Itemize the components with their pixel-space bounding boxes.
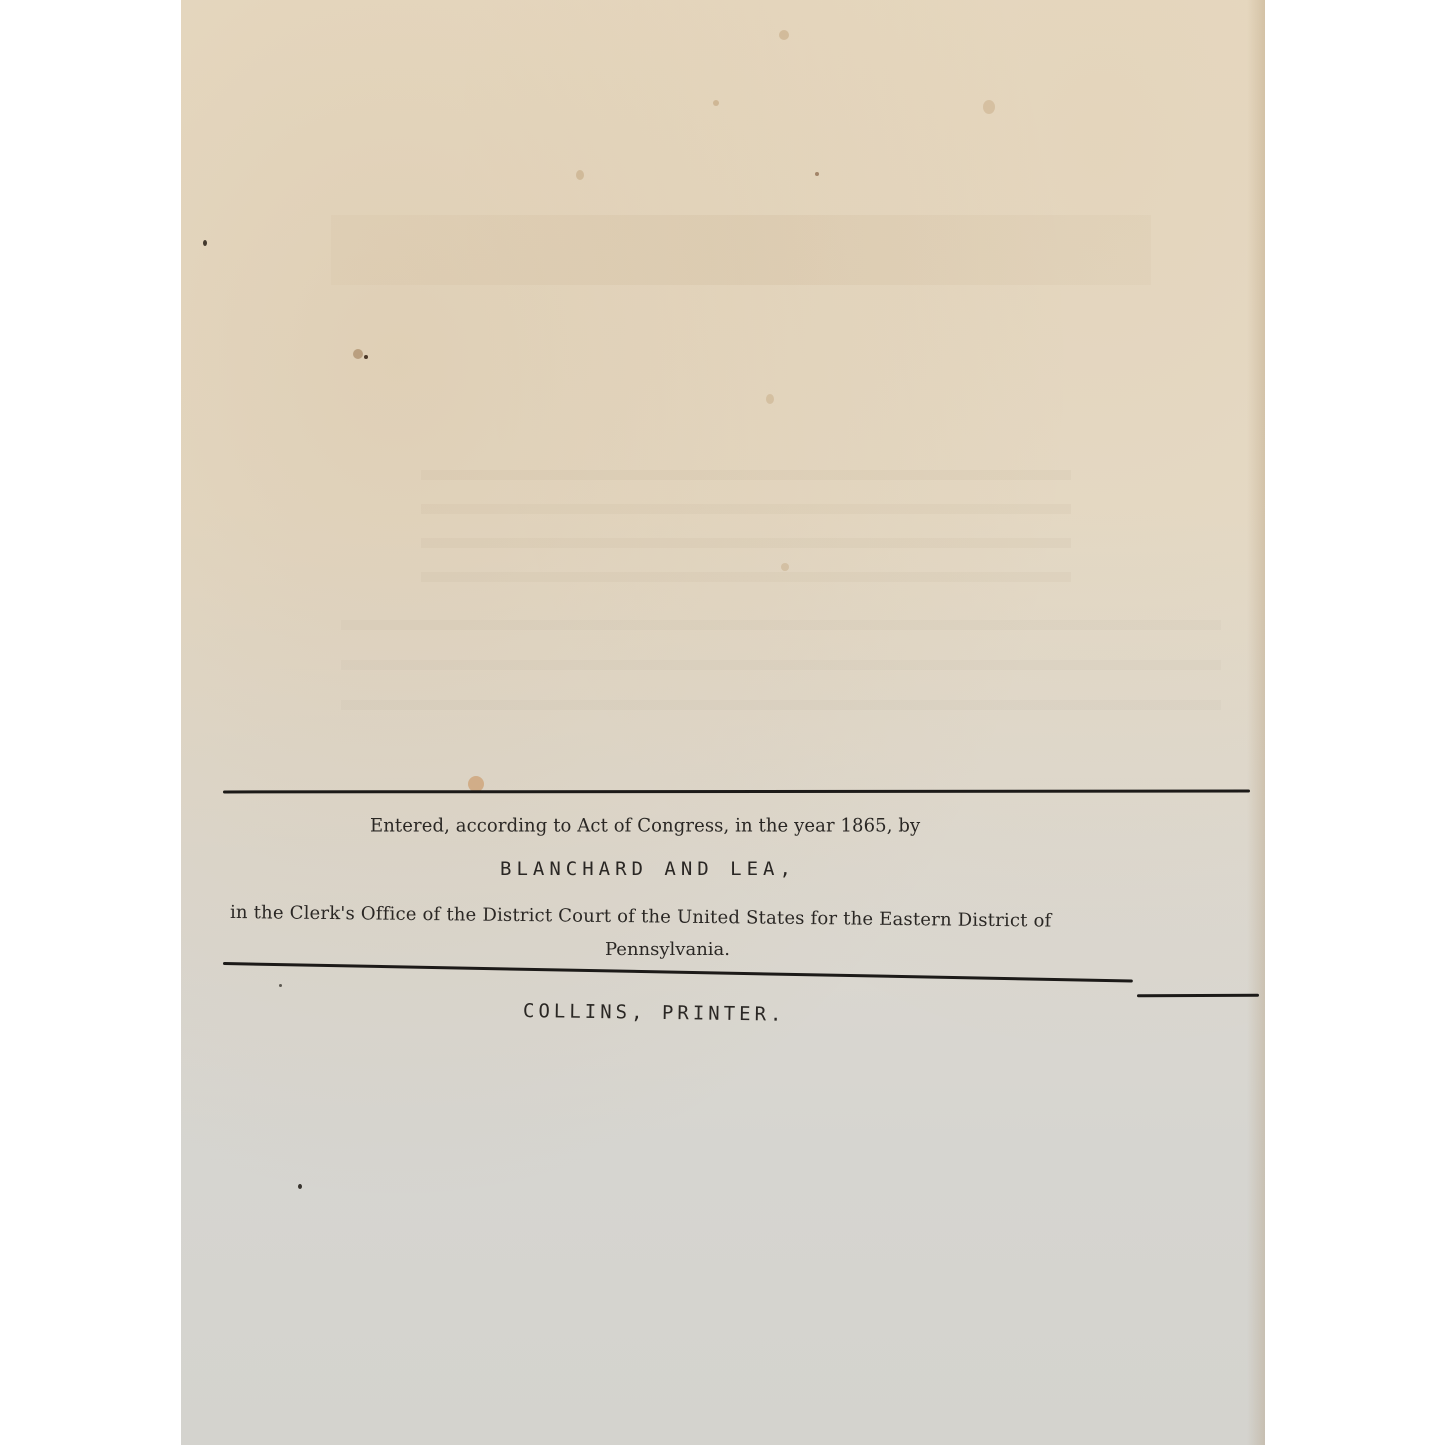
bottom-rule-end (1137, 994, 1259, 997)
book-page (181, 0, 1265, 1445)
bleed-through-text (421, 470, 1071, 590)
state-line: Pennsylvania. (605, 939, 805, 960)
bleed-through-text (331, 215, 1151, 285)
foxing-spot (779, 30, 789, 40)
foxing-spot (298, 1184, 302, 1189)
foxing-spot (279, 984, 282, 987)
foxing-spot (203, 240, 207, 246)
foxing-spot (713, 100, 719, 106)
bleed-through-text (341, 620, 1221, 730)
foxing-spot (364, 355, 368, 359)
foxing-spot (353, 349, 363, 359)
entry-line: Entered, according to Act of Congress, i… (370, 814, 1020, 836)
foxing-spot (576, 170, 584, 180)
foxing-spot (983, 100, 995, 114)
foxing-spot (815, 172, 819, 176)
publisher-name: BLANCHARD AND LEA, (500, 858, 900, 880)
foxing-spot (766, 394, 774, 404)
